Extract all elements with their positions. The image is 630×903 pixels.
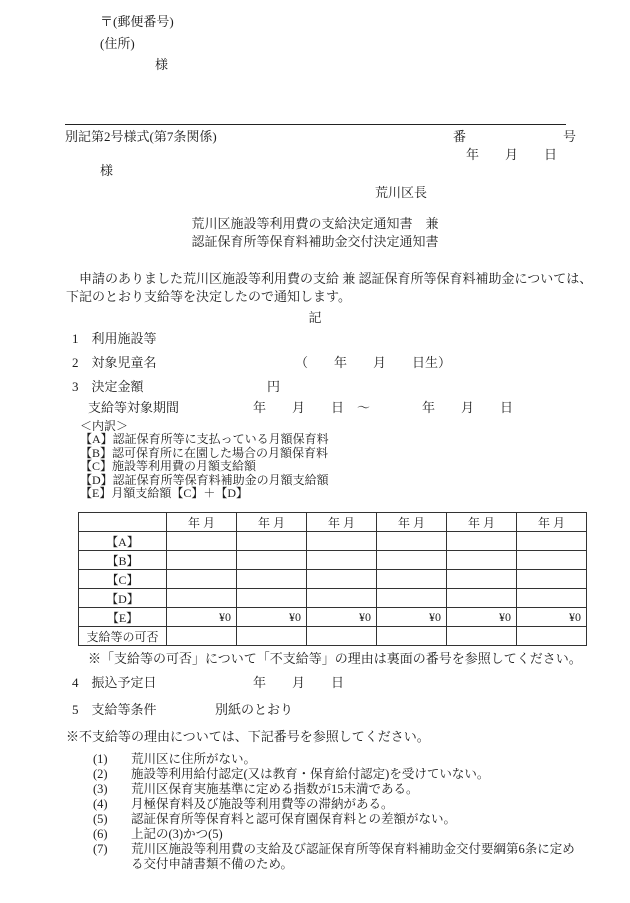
doc-date: 年 月 日 (466, 148, 557, 163)
body-paragraph-line2: 下記のとおり支給等を決定したので通知します。 (66, 290, 351, 305)
divider-line (65, 124, 566, 125)
amount-cell (307, 589, 377, 608)
table-note: ※「支給等の可否」について「不支給等」の理由は裏面の番号を参照してください。 (88, 652, 582, 667)
breakdown-heading: ＜内訳＞ (80, 419, 128, 433)
month-header-cell: 年 月 (307, 513, 377, 532)
table-row-d: 【D】 (79, 589, 587, 608)
amount-cell (517, 551, 587, 570)
table-row-e: 【E】 ¥0 ¥0 ¥0 ¥0 ¥0 ¥0 (79, 608, 587, 627)
reason-item: (7) 荒川区施設等利用費の支給及び認証保育所等保育料補助金交付要綱第6条に定め… (93, 842, 576, 872)
month-header-cell: 年 月 (447, 513, 517, 532)
reasons-list: (1) 荒川区に住所がない。 (2) 施設等利用給付認定(又は教育・保育給付認定… (93, 752, 576, 872)
reason-item: (1) 荒川区に住所がない。 (93, 752, 576, 767)
reason-text: 認証保育所等保育料と認可保育園保育料との差額がない。 (131, 812, 576, 827)
item1-facility-label: 1 利用施設等 (72, 332, 157, 347)
reason-text: 月極保育料及び施設等利用費等の滞納がある。 (131, 797, 576, 812)
issuer-name: 荒川区長 (375, 186, 427, 201)
reason-item: (6) 上記の(3)かつ(5) (93, 827, 576, 842)
month-header-cell: 年 月 (237, 513, 307, 532)
breakdown-legend: ＜内訳＞ 【A】認証保育所等に支払っている月額保育料 【B】認可保育所に在園した… (80, 420, 329, 500)
reason-number: (3) (93, 782, 131, 797)
amount-cell (237, 551, 307, 570)
item2-child-name-label: 2 対象児童名 (72, 356, 157, 371)
doc-number-label: 番 (453, 130, 466, 145)
amount-cell (307, 532, 377, 551)
table-header-row: 年 月 年 月 年 月 年 月 年 月 年 月 (79, 513, 587, 532)
amount-cell (517, 570, 587, 589)
amount-cell (377, 570, 447, 589)
item5-conditions-value: 別紙のとおり (215, 703, 293, 718)
reason-number: (2) (93, 767, 131, 782)
reason-number: (4) (93, 797, 131, 812)
amount-cell (517, 589, 587, 608)
table-row-c: 【C】 (79, 570, 587, 589)
amount-cell (307, 551, 377, 570)
row-label: 【D】 (79, 589, 167, 608)
eligibility-cell (307, 627, 377, 646)
document-title-line2: 認証保育所等保育料補助金交付決定通知書 (0, 235, 630, 250)
breakdown-line-b: 【B】認可保育所に在園した場合の月額保育料 (80, 446, 328, 460)
reason-text: 荒川区保育実施基準に定める指数が15未満である。 (131, 782, 576, 797)
table-row-eligibility: 支給等の可否 (79, 627, 587, 646)
period-value-blank: 年 月 日 ～ 年 月 日 (253, 401, 513, 416)
amount-cell (447, 532, 517, 551)
breakdown-line-e: 【E】月額支給額【C】＋【D】 (80, 486, 248, 500)
monthly-amounts-table: 年 月 年 月 年 月 年 月 年 月 年 月 【A】 【B】 【C】 (78, 512, 587, 646)
document-page: 〒(郵便番号) (住所) 様 別記第2号様式(第7条関係) 番 号 年 月 日 … (0, 0, 630, 903)
form-id: 別記第2号様式(第7条関係) (65, 130, 217, 145)
address-label: (住所) (100, 37, 135, 52)
eligibility-cell (447, 627, 517, 646)
amount-cell (237, 570, 307, 589)
item3-amount-label: 3 決定金額 (72, 380, 144, 395)
breakdown-line-d: 【D】認証保育所等保育料補助金の月額支給額 (80, 473, 329, 487)
row-label: 【B】 (79, 551, 167, 570)
reason-item: (3) 荒川区保育実施基準に定める指数が15未満である。 (93, 782, 576, 797)
amount-cell (447, 589, 517, 608)
table-corner-cell (79, 513, 167, 532)
item5-conditions-label: 5 支給等条件 (72, 703, 157, 718)
reason-text: 荒川区に住所がない。 (131, 752, 576, 767)
doc-number-suffix: 号 (563, 130, 576, 145)
eligibility-cell (237, 627, 307, 646)
amount-cell: ¥0 (447, 608, 517, 627)
breakdown-line-a: 【A】認証保育所等に支払っている月額保育料 (80, 432, 329, 446)
reason-number: (7) (93, 842, 131, 872)
table-row-a: 【A】 (79, 532, 587, 551)
amount-cell (167, 589, 237, 608)
row-label: 【C】 (79, 570, 167, 589)
reasons-header: ※不支給等の理由については、下記番号を参照してください。 (66, 730, 430, 745)
amount-cell: ¥0 (237, 608, 307, 627)
reason-item: (2) 施設等利用給付認定(又は教育・保育給付認定)を受けていない。 (93, 767, 576, 782)
period-label: 支給等対象期間 (88, 401, 179, 416)
item2-birthdate-blank: （ 年 月 日生） (295, 356, 451, 371)
amount-cell (237, 532, 307, 551)
amount-cell: ¥0 (307, 608, 377, 627)
ki-marker: 記 (0, 311, 630, 326)
amount-cell (447, 551, 517, 570)
item4-date-blank: 年 月 日 (253, 676, 344, 691)
amount-cell (167, 551, 237, 570)
reason-number: (6) (93, 827, 131, 842)
amount-cell: ¥0 (377, 608, 447, 627)
document-title-line1: 荒川区施設等利用費の支給決定通知書 兼 (0, 217, 630, 232)
amount-cell (237, 589, 307, 608)
breakdown-line-c: 【C】施設等利用費の月額支給額 (80, 459, 256, 473)
amount-cell (167, 570, 237, 589)
month-header-cell: 年 月 (517, 513, 587, 532)
table-row-b: 【B】 (79, 551, 587, 570)
recipient-suffix: 様 (100, 164, 113, 179)
postal-code-label: 〒(郵便番号) (100, 15, 174, 30)
item4-transfer-date-label: 4 振込予定日 (72, 676, 157, 691)
eligibility-cell (167, 627, 237, 646)
row-label: 支給等の可否 (79, 627, 167, 646)
amount-cell (447, 570, 517, 589)
reason-text: 施設等利用給付認定(又は教育・保育給付認定)を受けていない。 (131, 767, 576, 782)
month-header-cell: 年 月 (167, 513, 237, 532)
reason-item: (5) 認証保育所等保育料と認可保育園保育料との差額がない。 (93, 812, 576, 827)
item3-yen-unit: 円 (267, 380, 280, 395)
amount-cell (377, 589, 447, 608)
reason-number: (5) (93, 812, 131, 827)
amount-cell (167, 532, 237, 551)
amount-cell: ¥0 (167, 608, 237, 627)
reason-text: 荒川区施設等利用費の支給及び認証保育所等保育料補助金交付要綱第6条に定める交付申… (131, 842, 576, 872)
month-header-cell: 年 月 (377, 513, 447, 532)
eligibility-cell (517, 627, 587, 646)
amount-cell (377, 532, 447, 551)
reason-item: (4) 月極保育料及び施設等利用費等の滞納がある。 (93, 797, 576, 812)
row-label: 【A】 (79, 532, 167, 551)
eligibility-cell (377, 627, 447, 646)
reason-number: (1) (93, 752, 131, 767)
addressee-suffix: 様 (155, 58, 168, 73)
amount-cell (307, 570, 377, 589)
amount-cell (517, 532, 587, 551)
amount-cell (377, 551, 447, 570)
body-paragraph-line1: 申請のありました荒川区施設等利用費の支給 兼 認証保育所等保育料補助金については… (79, 272, 592, 287)
reason-text: 上記の(3)かつ(5) (131, 827, 576, 842)
row-label: 【E】 (79, 608, 167, 627)
amount-cell: ¥0 (517, 608, 587, 627)
